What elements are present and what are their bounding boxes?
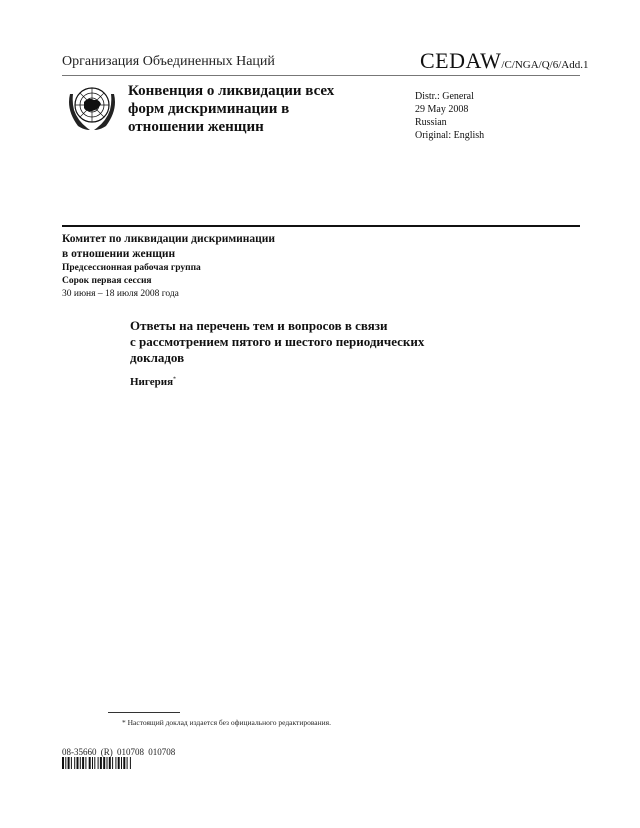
barcode-icon bbox=[62, 757, 172, 769]
issue-date: 29 May 2008 bbox=[415, 103, 484, 116]
distribution: Distr.: General bbox=[415, 90, 484, 103]
document-symbol: CEDAW/C/NGA/Q/6/Add.1 bbox=[420, 48, 588, 74]
country-label: Нигерия bbox=[130, 376, 173, 388]
committee-name: в отношении женщин bbox=[62, 247, 275, 262]
document-title: Ответы на перечень тем и вопросов в связ… bbox=[130, 318, 510, 366]
header-divider bbox=[62, 75, 580, 76]
original-language: Original: English bbox=[415, 129, 484, 142]
document-title-line: Ответы на перечень тем и вопросов в связ… bbox=[130, 318, 510, 334]
un-emblem-icon bbox=[64, 80, 120, 136]
session-dates: 30 июня – 18 июля 2008 года bbox=[62, 288, 275, 301]
organization-name: Организация Объединенных Наций bbox=[62, 54, 275, 70]
symbol-suffix: /C/NGA/Q/6/Add.1 bbox=[501, 59, 588, 71]
convention-title-line: Конвенция о ликвидации всех bbox=[128, 82, 388, 100]
convention-title-line: форм дискриминации в bbox=[128, 100, 388, 118]
convention-title: Конвенция о ликвидации всех форм дискрим… bbox=[128, 82, 388, 136]
distribution-block: Distr.: General 29 May 2008 Russian Orig… bbox=[415, 90, 484, 142]
footnote-divider bbox=[108, 712, 180, 713]
committee-name: Комитет по ликвидации дискриминации bbox=[62, 232, 275, 247]
convention-title-line: отношении женщин bbox=[128, 118, 388, 136]
committee-block: Комитет по ликвидации дискриминации в от… bbox=[62, 232, 275, 301]
footnote: * Настоящий доклад издается без официаль… bbox=[122, 718, 331, 727]
session: Сорок первая сессия bbox=[62, 275, 275, 288]
language: Russian bbox=[415, 116, 484, 129]
working-group: Предсессионная рабочая группа bbox=[62, 262, 275, 275]
section-divider bbox=[62, 225, 580, 227]
document-title-line: с рассмотрением пятого и шестого периоди… bbox=[130, 334, 510, 350]
country-name: Нигерия* bbox=[130, 376, 176, 388]
document-number: 08-35660 (R) 010708 010708 bbox=[62, 747, 175, 757]
document-title-line: докладов bbox=[130, 350, 510, 366]
footnote-marker: * bbox=[173, 376, 176, 382]
symbol-main: CEDAW bbox=[420, 48, 501, 73]
